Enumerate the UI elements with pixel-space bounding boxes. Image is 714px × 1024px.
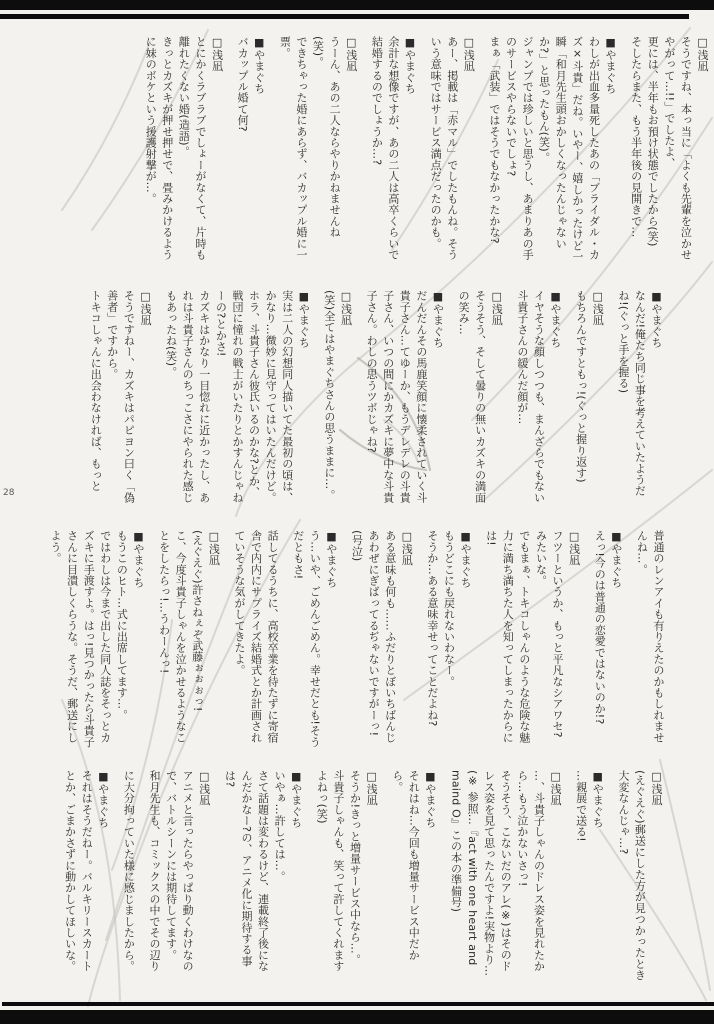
dialog-line: さて話題は変わるけど、連載終了後になんだかなー?の、アニメ化に期待する事は? — [221, 770, 271, 982]
dialog-turn: ■やまぐちそれはそうだねー。バルキリースカートとか、ごまかさずに動かしてほしいな… — [61, 770, 111, 982]
dialog-line: できちゃった婚にあらず、バカップル婚に一票。 — [276, 36, 309, 268]
speaker-label: □浅凪 — [647, 770, 664, 982]
dialog-line: あー、掲載は「赤マル」でしたもんね。そういう意味ではサービス満点だったのかも。 — [427, 36, 460, 268]
dialog-line: カズキはかなり一目惚れに近かったし、あれは斗貴子さんのちっこさにやられた感じもあ… — [162, 290, 212, 506]
dialog-line: ある意味も何も……ふだりとぼいちばんじあわぜにぎばってるぢゃないですがーっ!(号… — [348, 530, 398, 748]
speaker-label: ■やまぐち — [401, 36, 418, 268]
dialog-turn: ■やまぐちわしが出血多量死したあの「ブライダル・カズ×斗貴」だね。いやー、嬉しか… — [485, 36, 618, 268]
dialog-line: もちろんですともっ!(ぐっと握り返す) — [572, 290, 589, 506]
speaker-label: □浅凪 — [693, 36, 710, 268]
speaker-label: □浅凪 — [208, 36, 225, 268]
speaker-label: □浅凪 — [589, 290, 606, 506]
dialog-turn: □浅凪そうそう、そして曇りの無いカズキの満面の笑み… — [454, 290, 504, 506]
dialog-turn: □浅凪とにかくラブラブでしょーがなくて、片時も離れたくない婚(造語)。きっとカズ… — [142, 36, 225, 268]
speaker-label: ■やまぐち — [421, 770, 438, 982]
dialog-line: えっ!今のは普通の恋愛ではないのか!? — [591, 530, 608, 748]
dialog-line: それはそうだねー。バルキリースカートとか、ごまかさずに動かしてほしいな。 — [61, 770, 94, 982]
dialog-line: う…いや、ごめんごめん。幸せだとも!そうだともさ! — [289, 530, 322, 748]
speaker-label: ■やまぐち — [647, 290, 664, 506]
speaker-label: □浅凪 — [363, 770, 380, 982]
speaker-label: ■やまぐち — [129, 530, 146, 748]
speaker-label: □浅凪 — [136, 290, 153, 506]
dialog-turn: ■やまぐちもうこのヒト…式に出席してます…。ではわしは今まで出した同人誌をそっと… — [46, 530, 146, 748]
dialog-turn: ■やまぐちなんだ!俺たち同じ事を考えていたようだね!(ぐっと手を握る) — [614, 290, 664, 506]
speaker-label: ■やまぐち — [94, 770, 111, 982]
dialog-line: 実は二人の幻想同人描いてた最初の頃は、かなり…微妙に見守ってはいたんだけど。ホラ… — [212, 290, 295, 506]
dialog-turn: ■やまぐちバカップル婚て何? — [234, 36, 267, 268]
dialog-turn: ■やまぐち実は二人の幻想同人描いてた最初の頃は、かなり…微妙に見守ってはいたんだ… — [162, 290, 311, 506]
speaker-label: ■やまぐち — [287, 770, 304, 982]
dialog-turn: □浅凪そうか!きっと増量サービス中なら…。斗貴子しゃんも、笑って許してくれますよ… — [313, 770, 379, 982]
dialog-turn: に大分拘っていた様に感じましたから。 — [120, 770, 137, 982]
top-rule — [0, 14, 689, 19]
dialog-line: そうか!きっと増量サービス中なら…。 — [346, 770, 363, 982]
dialog-line: アニメと言ったらやっぱり動くわけなので、バトルシーンには期待してます。 — [162, 770, 195, 982]
dialog-line: …、斗貴子しゃんのドレス姿を見れたから…もう泣かないさっ! — [513, 770, 546, 982]
dialog-turn: □浅凪そうですねー、カズキはパピヨン曰く「偽善者」ですから。トキコしゃんに出会わ… — [87, 290, 153, 506]
page-top-edge-bar — [0, 0, 714, 10]
speaker-label: ■やまぐち — [295, 290, 312, 506]
dialog-turn: ■やまぐちだんだんその馬鹿笑顔に懐柔されていく斗貴子さん…てゆーか、もうデレデレ… — [363, 290, 446, 506]
page-number: 28 — [3, 488, 14, 498]
dialog-turn: □浅凪アニメと言ったらやっぱり動くわけなので、バトルシーンには期待してます。和月… — [145, 770, 211, 982]
dialog-tier-3: 普通のレンアイも有りえたのかもしれませんね…。■やまぐちえっ!今のは普通の恋愛で… — [44, 530, 666, 748]
dialog-line: (笑)全てはやまぐちさんの思うままに…。 — [320, 290, 337, 506]
speaker-label: □浅凪 — [488, 290, 505, 506]
dialog-line: バカップル婚て何? — [234, 36, 251, 268]
dialog-line: 斗貴子しゃんも、笑って許してくれますよねっ(笑) — [313, 770, 346, 982]
dialog-turn: □浅凪(えぐえぐ)郵送にした方が見つかったとき大変なんじゃ…? — [614, 770, 664, 982]
dialog-line: 更には、半年もお預け状態でしたから(笑) — [644, 36, 661, 268]
dialog-turn: □浅凪そうですね、本っ当に「よくも先輩を泣かせやがって…!!」でしたよ、更には、… — [627, 36, 710, 268]
dialog-turn: □浅凪(笑)全てはやまぐちさんの思うままに…。 — [320, 290, 353, 506]
dialog-line: (えぐえぐ)郵送にした方が見つかったとき大変なんじゃ…? — [614, 770, 647, 982]
speaker-label: ■やまぐち — [250, 36, 267, 268]
dialog-turn: □浅凪うーん、あの二人ならやりかねませんね(笑)。できちゃった婚にあらず、バカッ… — [276, 36, 359, 268]
dialog-line: 余計な想像ですが、あの二人は高卒くらいで結婚するのでしょうか…? — [368, 36, 401, 268]
dialog-line: とにかくラブラブでしょーがなくて、片時も離れたくない婚(造語)。 — [175, 36, 208, 268]
speaker-label: ■やまぐち — [607, 530, 624, 748]
speaker-label: □浅凪 — [546, 770, 563, 982]
dialog-line: トキコしゃんに出会わなければ、もっと — [87, 290, 104, 506]
speaker-label: ■やまぐち — [456, 530, 473, 748]
dialog-tier-4: □浅凪(えぐえぐ)郵送にした方が見つかったとき大変なんじゃ…?■やまぐち…親展で… — [44, 770, 664, 982]
dialog-line: そうか…ある意味幸せってことだよね? — [423, 530, 440, 748]
speaker-label: ■やまぐち — [429, 290, 446, 506]
dialog-line: もうどこにも戻れないわなー。 — [440, 530, 457, 748]
dialog-turn: □浅凪フツーというか、もっと平凡なシアワセ?みたいな。でもまぁ、トキコしゃんのよ… — [482, 530, 582, 748]
dialog-turn: ■やまぐち…親展で送る! — [572, 770, 605, 982]
dialog-line: 和月先生も、コミックスの中でその辺り — [145, 770, 162, 982]
dialog-line: だんだんその馬鹿笑顔に懐柔されていく斗貴子さん…てゆーか、もうデレデレの斗貴子さ… — [363, 290, 429, 506]
dialog-line: …親展で送る! — [572, 770, 589, 982]
speaker-label: □浅凪 — [205, 530, 222, 748]
dialog-turn: ■やまぐちそれはね…今回も増量サービス中だから。 — [388, 770, 438, 982]
dialog-line: もうこのヒト…式に出席してます…。 — [113, 530, 130, 748]
dialog-line: そうですねー、カズキはパピヨン曰く「偽善者」ですから。 — [103, 290, 136, 506]
page-bottom-edge-bar — [0, 1010, 714, 1024]
dialog-line: (えぐえぐ)許さねぇぞ武藤ぉぉぉっ! — [188, 530, 205, 748]
dialog-turn: ■やまぐちもうどこにも戻れないわなー。そうか…ある意味幸せってことだよね? — [423, 530, 473, 748]
speaker-label: □浅凪 — [342, 36, 359, 268]
dialog-line: ではわしは今まで出した同人誌をそっとカズキに手渡すよ。はっ!見つかったら斗貴子さ… — [46, 530, 112, 748]
dialog-line: そしたらまた、もう半年後の見開きで… — [627, 36, 644, 268]
speaker-label: □浅凪 — [460, 36, 477, 268]
dialog-line: そうそう、こないだのアレ(※)はそのドレス姿を見て思ったんですよ!実物より… — [480, 770, 513, 982]
speaker-label: □浅凪 — [565, 530, 582, 748]
dialog-line: それはね…今回も増量サービス中だから。 — [388, 770, 421, 982]
dialog-line: に大分拘っていた様に感じましたから。 — [120, 770, 137, 982]
dialog-turn: □浅凪あー、掲載は「赤マル」でしたもんね。そういう意味ではサービス満点だったのか… — [427, 36, 477, 268]
dialog-turn: ■やまぐちう…いや、ごめんごめん。幸せだとも!そうだともさ! — [289, 530, 339, 748]
speaker-label: □浅凪 — [398, 530, 415, 748]
speaker-label: ■やまぐち — [601, 36, 618, 268]
dialog-tier-1: □浅凪そうですね、本っ当に「よくも先輩を泣かせやがって…!!」でしたよ、更には、… — [66, 36, 710, 268]
dialog-line: フツーというか、もっと平凡なシアワセ?みたいな。 — [532, 530, 565, 748]
dialog-turn: ■やまぐちイヤそうな顔しつつも、まんざらでもない斗貴子さんの緩んだ顔が… — [513, 290, 563, 506]
dialog-turn: □浅凪ある意味も何も……ふだりとぼいちばんじあわぜにぎばってるぢゃないですがーっ… — [348, 530, 414, 748]
dialog-line: ジャンプでは珍しいと思うし、あまりあの手のサービスやらないでしょ? — [502, 36, 535, 268]
dialog-line: きっとカズキが押せ押せで、畳みかけるように妹のボケという援護射撃が…。 — [142, 36, 175, 268]
dialog-line: 普通のレンアイも有りえたのかもしれませんね…。 — [633, 530, 666, 748]
dialog-turn: □浅凪もちろんですともっ!(ぐっと握り返す) — [572, 290, 605, 506]
dialog-line: そうそう、そして曇りの無いカズキの満面の笑み… — [454, 290, 487, 506]
dialog-line: (※ 参照…『act with one heart and maind O』この… — [447, 770, 480, 982]
scanned-doujinshi-page: □浅凪そうですね、本っ当に「よくも先輩を泣かせやがって…!!」でしたよ、更には、… — [0, 0, 714, 1024]
speaker-label: ■やまぐち — [589, 770, 606, 982]
dialog-line: 話してるうちに、高校卒業を待たずに寄宿舎で内内にサプライズ結婚式とか計画されてい… — [230, 530, 280, 748]
bottom-rule — [2, 1002, 714, 1006]
dialog-line: うーん、あの二人ならやりかねませんね(笑)。 — [309, 36, 342, 268]
dialog-turn: ■やまぐち余計な想像ですが、あの二人は高卒くらいで結婚するのでしょうか…? — [368, 36, 418, 268]
dialog-turn: ■やまぐちいやぁ…許しては…。さて話題は変わるけど、連載終了後になんだかなー?の… — [221, 770, 304, 982]
dialog-line: なんだ!俺たち同じ事を考えていたようだね!(ぐっと手を握る) — [614, 290, 647, 506]
dialog-line: いやぁ…許しては…。 — [271, 770, 288, 982]
dialog-line: でもまぁ、トキコしゃんのような危険な魅力に満ち満ちた人を知ってしまったからには! — [482, 530, 532, 748]
speaker-label: □浅凪 — [195, 770, 212, 982]
dialog-turn: □浅凪(えぐえぐ)許さねぇぞ武藤ぉぉぉっ!こ、今度斗貴子しゃんを泣かせるようなこ… — [155, 530, 221, 748]
speaker-label: ■やまぐち — [546, 290, 563, 506]
dialog-line: イヤそうな顔しつつも、まんざらでもない斗貴子さんの緩んだ顔が… — [513, 290, 546, 506]
dialog-tier-2: ■やまぐちなんだ!俺たち同じ事を考えていたようだね!(ぐっと手を握る)□浅凪もち… — [44, 290, 664, 506]
dialog-turn: □浅凪…、斗貴子しゃんのドレス姿を見れたから…もう泣かないさっ!そうそう、こない… — [447, 770, 563, 982]
dialog-turn: 話してるうちに、高校卒業を待たずに寄宿舎で内内にサプライズ結婚式とか計画されてい… — [230, 530, 280, 748]
dialog-line: わしが出血多量死したあの「ブライダル・カズ×斗貴」だね。いやー、嬉しかったけど一… — [535, 36, 601, 268]
dialog-turn: 普通のレンアイも有りえたのかもしれませんね…。 — [633, 530, 666, 748]
speaker-label: □浅凪 — [337, 290, 354, 506]
dialog-line: まぁ「武装」ではそうでもなかったかな? — [485, 36, 502, 268]
dialog-line: こ、今度斗貴子しゃんを泣かせるようなことをしたらっ!…うわーんっ! — [155, 530, 188, 748]
dialog-turn: ■やまぐちえっ!今のは普通の恋愛ではないのか!? — [591, 530, 624, 748]
speaker-label: ■やまぐち — [322, 530, 339, 748]
dialog-line: そうですね、本っ当に「よくも先輩を泣かせやがって…!!」でしたよ、 — [660, 36, 693, 268]
